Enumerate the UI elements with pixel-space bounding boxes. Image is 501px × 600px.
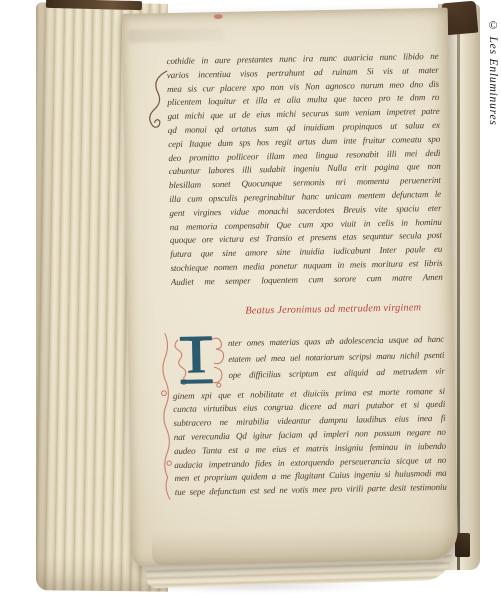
text-block-lower: ginem xpi que et nobilitate et diuiciis …	[173, 384, 447, 500]
illuminated-initial: I	[172, 335, 229, 386]
text-block-lower-head: I nter omes materias quas ab adolescenci…	[172, 330, 445, 385]
show-through-smudge	[128, 28, 224, 43]
initial-letter-I: I	[186, 329, 207, 383]
page-edge-crease	[457, 4, 460, 570]
manuscript-text-line: ope difficilius scriptum est aliquid ad …	[228, 363, 444, 383]
manuscript-photo: cothidie in aure prestantes nunc ira nun…	[0, 0, 501, 600]
open-page-group: cothidie in aure prestantes nunc ira nun…	[122, 8, 459, 566]
text-block-upper: cothidie in aure prestantes nunc ira nun…	[166, 50, 442, 290]
watermark-text: © Les Enluminures	[487, 20, 499, 126]
rubric-heading: Beatus Jeronimus ad metrudem virginem	[245, 300, 443, 318]
text-beside-initial: nter omes materias quas ab adolescencia …	[228, 330, 445, 384]
text-block: cothidie in aure prestantes nunc ira nun…	[166, 50, 446, 500]
